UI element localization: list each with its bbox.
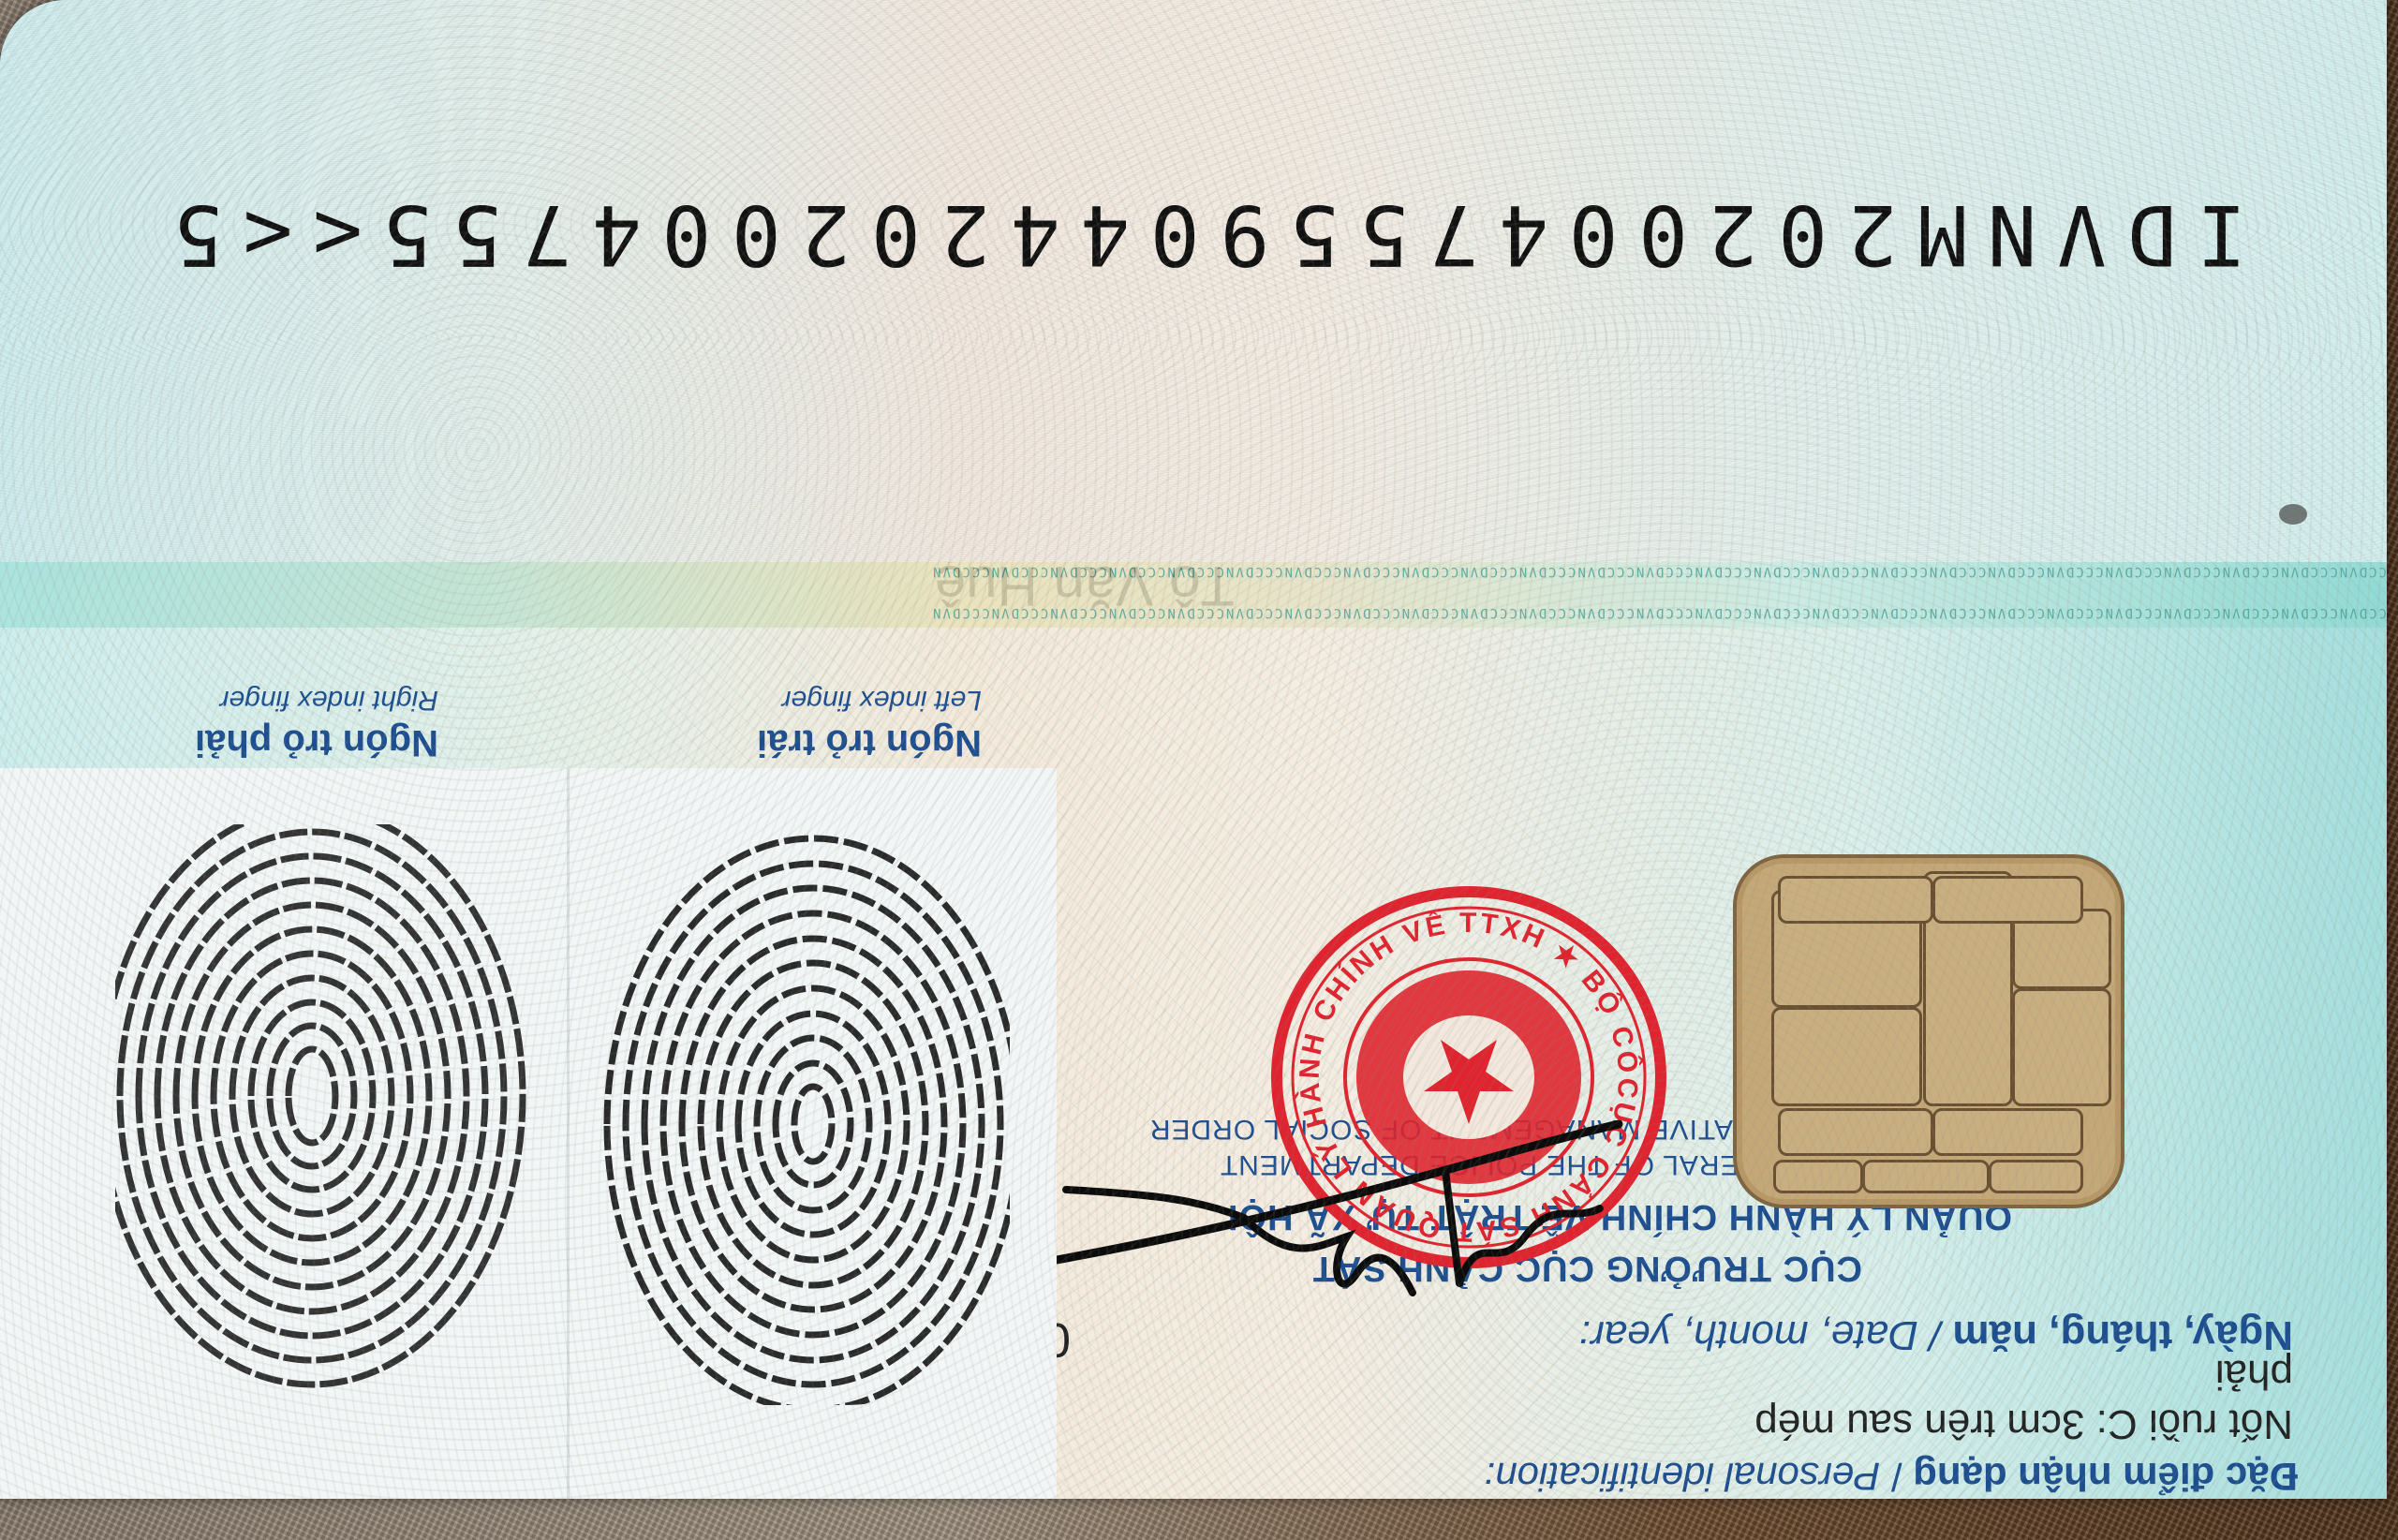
- fingerprint-icon: [598, 824, 1010, 1405]
- personal-identification-label: Đặc điểm nhận dạng / Personal identifica…: [1485, 1454, 2298, 1499]
- personal-identification-value: Nốt ruồi C: 3cm trên sau mép: [1754, 1400, 2293, 1447]
- security-band: CCDVNCCCDVNCCCDVNCCCDVNCCCDVNCCCDVNCCCDV…: [0, 562, 2387, 628]
- issue-date-label: Ngày, tháng, năm / Date, month, year:: [1579, 1311, 2293, 1358]
- id-card-back: Đặc điểm nhận dạng / Personal identifica…: [0, 0, 2387, 1499]
- microtext: CCDVNCCCDVNCCCDVNCCCDVNCCCDVNCCCDVNCCCDV…: [0, 605, 2387, 620]
- emv-chip-icon: [1733, 854, 2124, 1208]
- microtext: CCDVNCCCDVNCCCDVNCCCDVNCCCDVNCCCDVNCCCDV…: [0, 564, 2387, 579]
- signature: [1019, 1068, 1637, 1349]
- fingerprint-icon: [115, 824, 527, 1405]
- right-index-finger-label: Ngón trỏ phải Right index finger: [195, 684, 438, 763]
- mrz-line-1: IDVNM2020047559044202004755<<5: [92, 182, 2246, 287]
- machine-readable-zone: IDVNM2020047559044202004755<<5 0209124M2…: [92, 0, 2246, 496]
- left-index-finger-label: Ngón trỏ trái Left index finger: [757, 684, 982, 763]
- fingerprint-divider: [567, 768, 570, 1499]
- smudge: [2279, 504, 2307, 525]
